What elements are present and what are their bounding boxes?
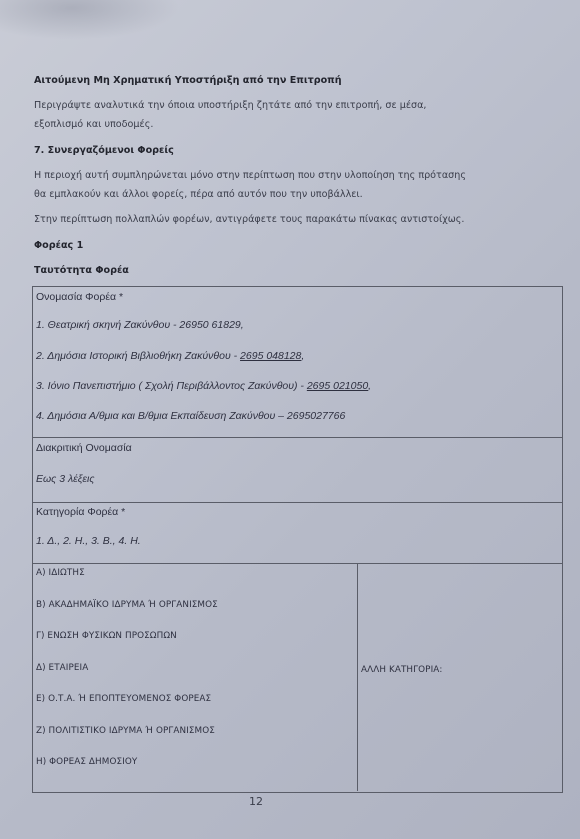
identity-heading: Ταυτότητα Φορέα	[34, 265, 129, 277]
category-option-b: Β) ΑΚΑΔΗΜΑΪΚΟ ΙΔΡΥΜΑ Ή ΟΡΓΑΝΙΣΜΟΣ	[36, 600, 218, 610]
section-note: Στην περίπτωση πολλαπλών φορέων, αντιγρά…	[34, 214, 464, 226]
category-option-a: Α) ΙΔΙΩΤΗΣ	[36, 568, 85, 578]
section-desc-line-1: Η περιοχή αυτή συμπληρώνεται μόνο στην π…	[34, 170, 466, 182]
name-label: Ονομασία Φορέα *	[36, 291, 123, 303]
category-option-c: Γ) ΕΝΩΣΗ ΦΥΣΙΚΩΝ ΠΡΟΣΩΠΩΝ	[36, 631, 177, 641]
support-desc-line-1: Περιγράψτε αναλυτικά την όποια υποστήριξ…	[34, 100, 426, 112]
distinct-name-label: Διακριτική Ονομασία	[36, 442, 132, 454]
divider	[32, 502, 562, 503]
entity-name-4[interactable]: 4. Δημόσια Α/θμια και Β/θμια Εκπαίδευση …	[36, 410, 345, 422]
support-heading: Αιτούμενη Μη Χρηματική Υποστήριξη από τη…	[34, 75, 342, 87]
section-desc-line-2: θα εμπλακούν και άλλοι φορείς, πέρα από …	[34, 189, 363, 201]
category-option-d: Δ) ΕΤΑΙΡΕΙΑ	[36, 663, 88, 673]
entity-name-2[interactable]: 2. Δημόσια Ιστορική Βιβλιοθήκη Ζακύνθου …	[36, 350, 304, 362]
section-title: 7. Συνεργαζόμενοι Φορείς	[34, 145, 174, 157]
entity-name-3[interactable]: 3. Ιόνιο Πανεπιστήμιο ( Σχολή Περιβάλλον…	[36, 380, 371, 392]
entity-heading: Φορέας 1	[34, 240, 83, 252]
divider	[32, 563, 562, 564]
category-option-h: Η) ΦΟΡΕΑΣ ΔΗΜΟΣΙΟΥ	[36, 757, 137, 767]
page-number: 12	[249, 795, 263, 808]
photo-shadow	[0, 0, 180, 40]
support-desc-line-2: εξοπλισμό και υποδομές.	[34, 119, 153, 131]
distinct-name-value[interactable]: Εως 3 λέξεις	[36, 473, 95, 485]
category-label: Κατηγορία Φορέα *	[36, 506, 125, 518]
document-page: Αιτούμενη Μη Χρηματική Υποστήριξη από τη…	[0, 0, 580, 839]
entity-name-1[interactable]: 1. Θεατρική σκηνή Ζακύνθου - 26950 61829…	[36, 319, 244, 331]
other-category-label: ΑΛΛΗ ΚΑΤΗΓΟΡΙΑ:	[361, 665, 442, 675]
category-value[interactable]: 1. Δ., 2. Η., 3. Β., 4. Η.	[36, 535, 141, 547]
divider	[357, 563, 358, 791]
category-option-e: Ε) Ο.Τ.Α. Ή ΕΠΟΠΤΕΥΟΜΕΝΟΣ ΦΟΡΕΑΣ	[36, 694, 211, 704]
category-option-z: Ζ) ΠΟΛΙΤΙΣΤΙΚΟ ΙΔΡΥΜΑ Ή ΟΡΓΑΝΙΣΜΟΣ	[36, 726, 215, 736]
divider	[32, 437, 562, 438]
